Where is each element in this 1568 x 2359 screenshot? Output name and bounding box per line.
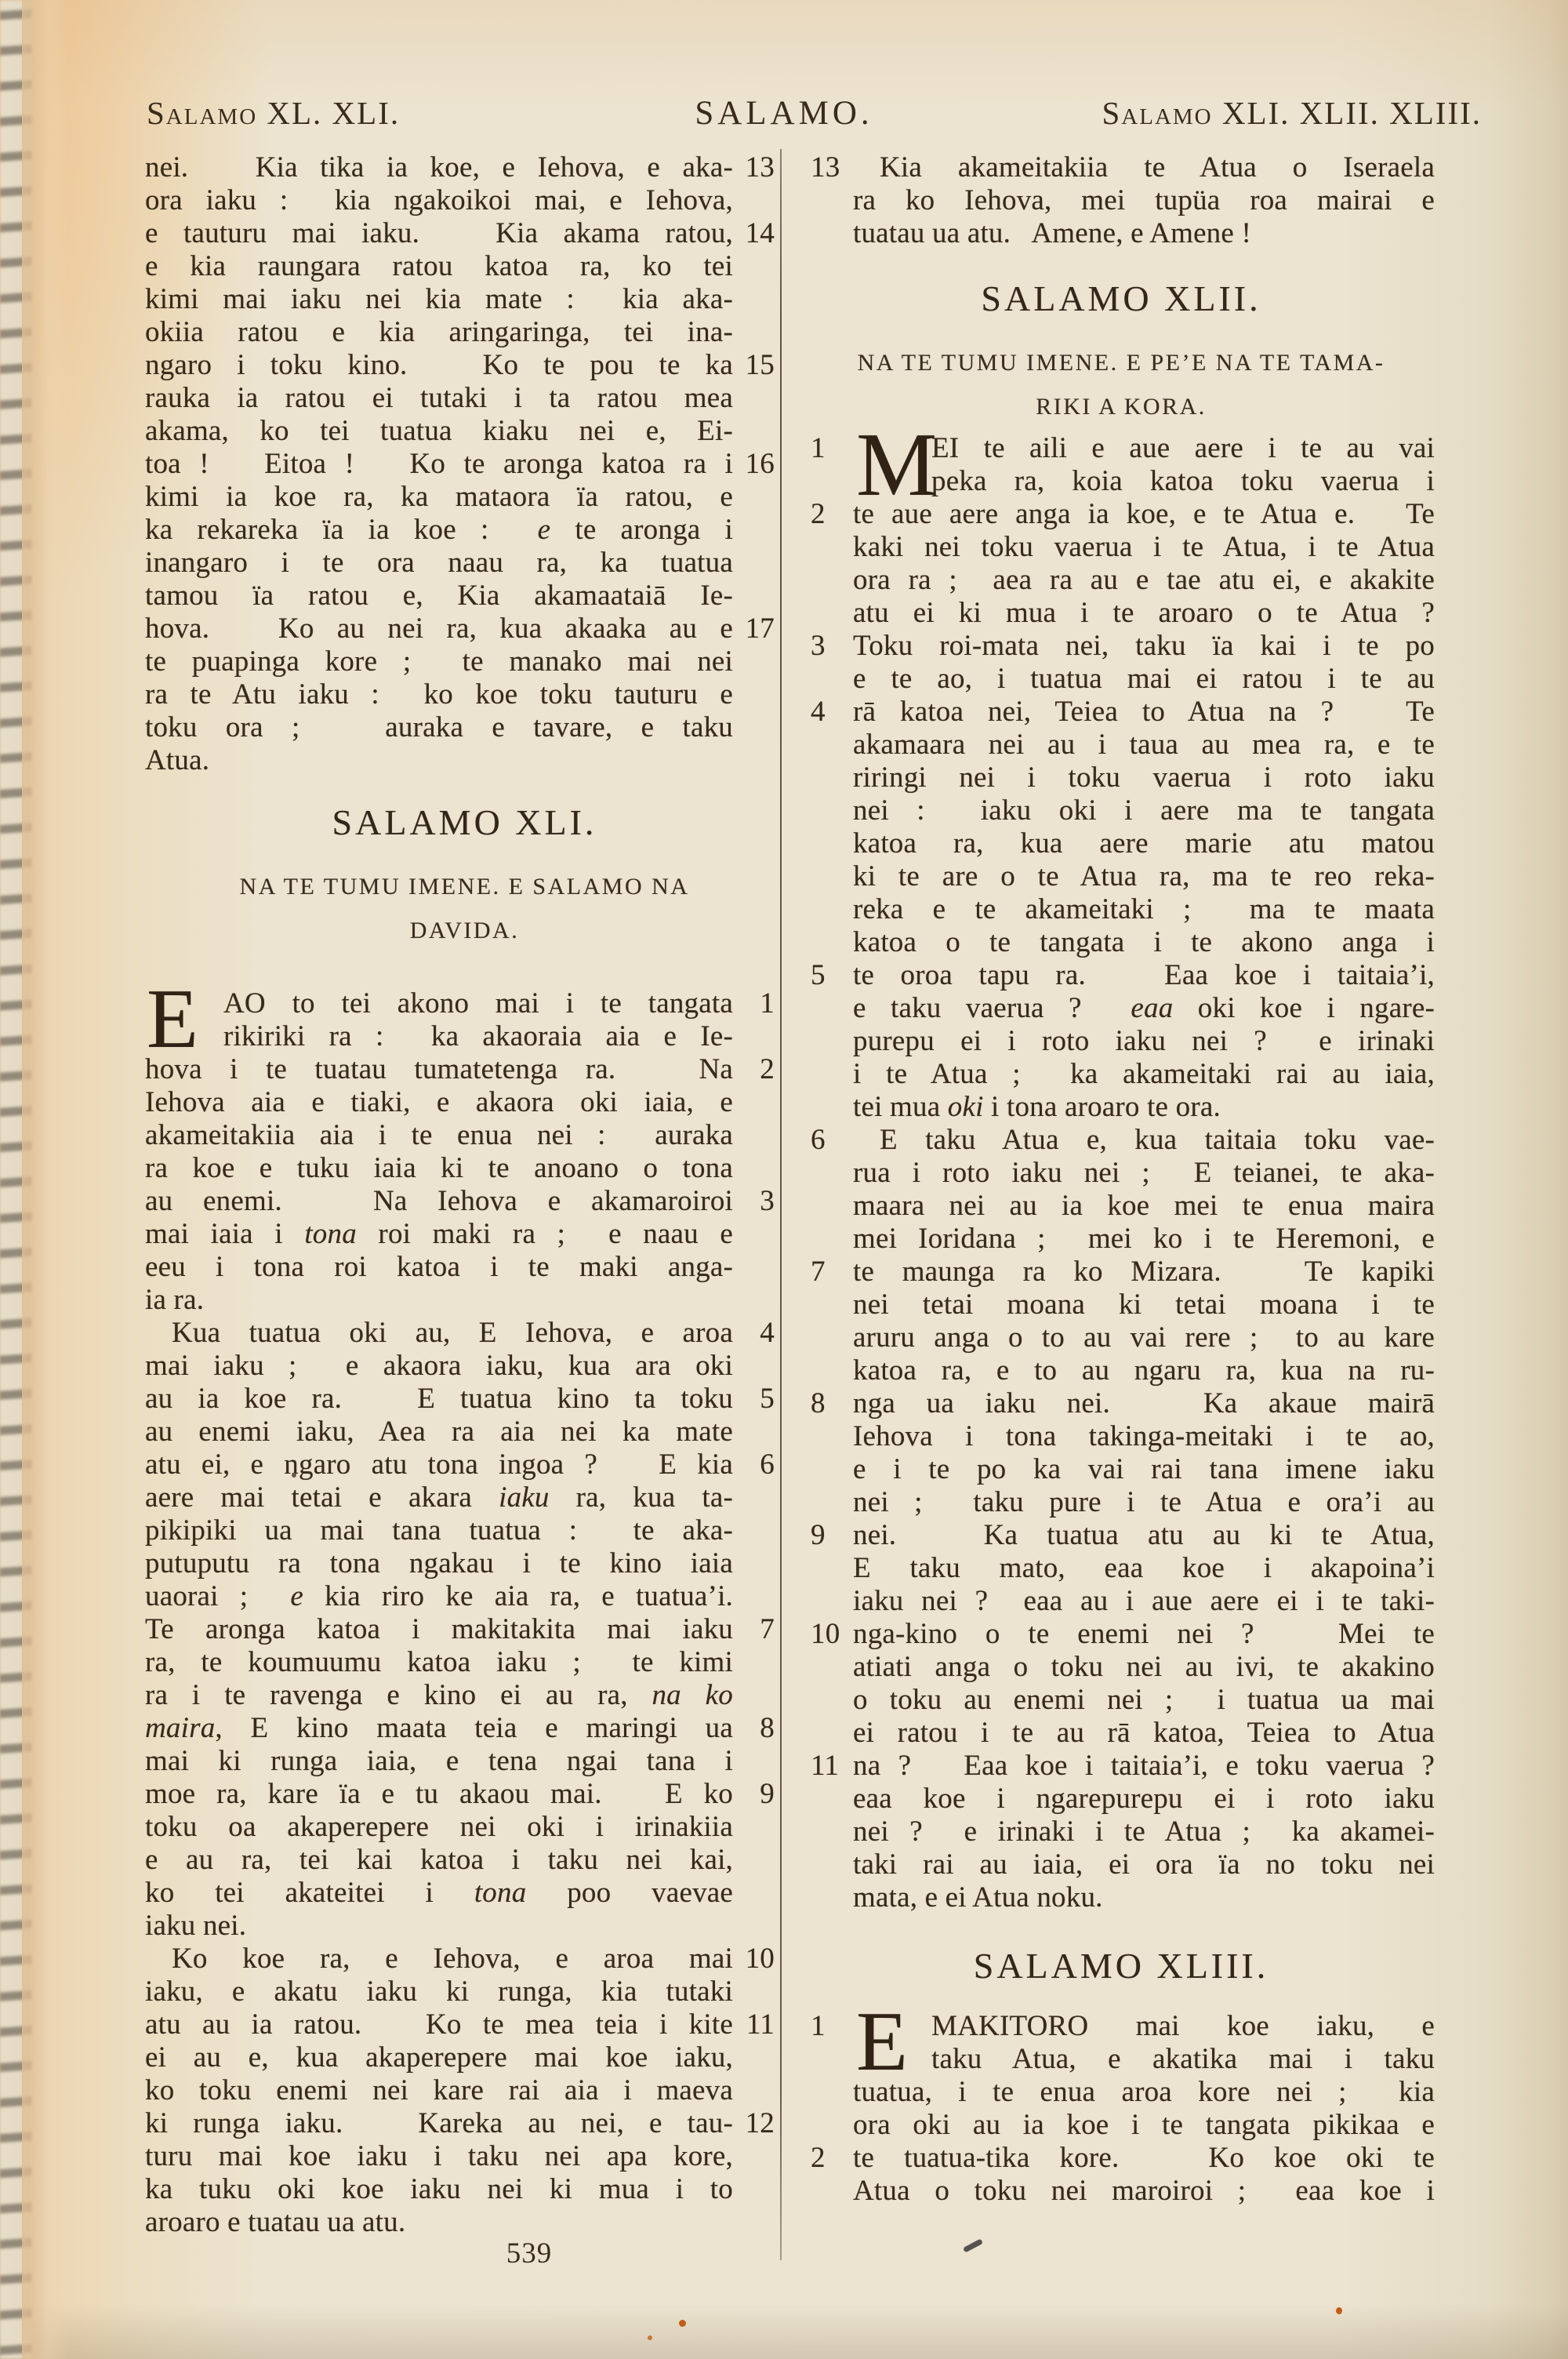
verse-text: ra, te koumuumu katoa iaku ; te kimi: [145, 1646, 733, 1679]
verse-text: mai iaia i tona roi maki ra ; e naau e: [145, 1218, 733, 1251]
verse-number: [733, 415, 784, 448]
verse-text: mei Ioridana ; mei ko i te Heremoni, e: [853, 1223, 1435, 1256]
verse-text: hova i te tuatau tumatetenga ra. Na: [145, 1053, 733, 1086]
verse-text: ka tuku oki koe iaku nei ki mua i to: [145, 2173, 733, 2206]
verse-number: 10: [733, 1943, 784, 1976]
verse-text: inangaro i te ora naau ra, ka tuatua: [145, 547, 733, 580]
psalm-heading: SALAMO XLI.: [145, 802, 784, 843]
verse-number: 14: [733, 217, 784, 250]
verse-text: nei ; taku pure i te Atua e ora’i au: [853, 1486, 1435, 1519]
text-line: hova. Ko au nei ra, kua akaaka au e17: [145, 612, 784, 645]
text-line: mai ki runga iaia, e tena ngai tana i: [145, 1745, 784, 1778]
verse-number: [808, 761, 853, 794]
verse-number: [733, 1514, 784, 1547]
verse-number: [808, 1420, 853, 1453]
psalm-subheading: NA TE TUMU IMENE. E SALAMO NADAVIDA.: [145, 865, 784, 953]
verse-text: ei ratou i te au rā katoa, Teiea to Atua: [853, 1717, 1435, 1750]
psalm-body: EAO to tei akono mai i te tangata1rikiri…: [145, 987, 784, 2239]
verse-number: [733, 1350, 784, 1383]
verse-text: uaorai ; e kia riro ke aia ra, e tuatua’…: [145, 1580, 733, 1613]
psalm-body: M1EI te aili e aue aere i te au vaipeka …: [808, 432, 1435, 1914]
verse-number: [733, 1152, 784, 1185]
verse-text: turu mai koe iaku i taku nei apa kore,: [145, 2140, 733, 2173]
verse-text: Toku roi-mata nei, taku ïa kai i te po: [853, 630, 1435, 663]
verse-text: e tauturu mai iaku. Kia akama ratou,: [145, 217, 733, 250]
text-line: Iehova aia e tiaki, e akaora oki iaia, e: [145, 1086, 784, 1119]
verse-number: [808, 729, 853, 761]
running-head-right: Salamo XLI. XLII. XLIII.: [862, 94, 1482, 132]
text-line: nei : iaku oki i aere ma te tangata: [808, 794, 1435, 827]
verse-text: ka rekareka ïa ia koe : e te aronga i: [145, 514, 733, 547]
verse-number: [733, 2140, 784, 2173]
page-number: 539: [235, 2237, 823, 2270]
text-line: ra koe e tuku iaia ki te anoano o tona: [145, 1152, 784, 1185]
text-line: mai iaku ; e akaora iaku, kua ara oki: [145, 1350, 784, 1383]
verse-text: akama, ko tei tuatua kiaku nei e, Ei-: [145, 415, 733, 448]
verse-number: 2: [733, 1053, 784, 1086]
verse-number: [808, 2076, 853, 2109]
verse-number: [733, 1416, 784, 1448]
verse-text: aroaro e tuatau ua atu.: [145, 2206, 733, 2239]
verse-text: reka e te akameitaki ; ma te maata: [853, 893, 1435, 926]
text-line: 11na ? Eaa koe i taitaia’i, e toku vaeru…: [808, 1750, 1435, 1783]
psalm-subheading-line: NA TE TUMU IMENE. E PE’E NA TE TAMA-: [808, 341, 1435, 385]
verse-text: ei au e, kua akaperepere mai koe iaku,: [145, 2041, 733, 2074]
verse-number: [808, 184, 853, 217]
text-line: au ia koe ra. E tuatua kino ta toku5: [145, 1383, 784, 1416]
text-line: ko tei akateitei i tona poo vaevae: [145, 1877, 784, 1910]
text-line: eaa koe i ngarepurepu ei i roto iaku: [808, 1783, 1435, 1816]
text-line: ei ratou i te au rā katoa, Teiea to Atua: [808, 1717, 1435, 1750]
verse-text: maira, E kino maata teia e maringi ua: [145, 1712, 733, 1745]
verse-text: AO to tei akono mai i te tangata: [145, 987, 733, 1020]
verse-text: moe ra, kare ïa e tu akaou mai. E ko: [145, 1778, 733, 1811]
text-line: atu ei ki mua i te aroaro o te Atua ?: [808, 597, 1435, 630]
text-line: ora ra ; aea ra au e tae atu ei, e akaki…: [808, 564, 1435, 597]
verse-number: [808, 1684, 853, 1717]
text-line: ora iaku : kia ngakoikoi mai, e Iehova,: [145, 184, 784, 217]
verse-text: e i te po ka vai rai tana imene iaku: [853, 1453, 1435, 1486]
verse-number: [733, 316, 784, 349]
psalm-subheading-line: NA TE TUMU IMENE. E SALAMO NA: [145, 865, 784, 909]
verse-text: toa ! Eitoa ! Ko te aronga katoa ra i: [145, 448, 733, 481]
text-line: mai iaia i tona roi maki ra ; e naau e: [145, 1218, 784, 1251]
text-line: toa ! Eitoa ! Ko te aronga katoa ra i16: [145, 448, 784, 481]
verse-number: [808, 992, 853, 1025]
verse-number: [808, 893, 853, 926]
text-line: turu mai koe iaku i taku nei apa kore,: [145, 2140, 784, 2173]
verse-number: [733, 645, 784, 678]
text-line: au enemi. Na Iehova e akamaroiroi3: [145, 1185, 784, 1218]
verse-number: 2: [808, 498, 853, 531]
text-line: E taku mato, eaa koe i akapoina’i: [808, 1552, 1435, 1585]
verse-number: [808, 1190, 853, 1223]
verse-number: 15: [733, 349, 784, 382]
verse-text: nei : iaku oki i aere ma te tangata: [853, 794, 1435, 827]
verse-number: [733, 2074, 784, 2107]
verse-number: [808, 1157, 853, 1190]
verse-number: [733, 1020, 784, 1053]
verse-number: [733, 514, 784, 547]
verse-text: ko tei akateitei i tona poo vaevae: [145, 1877, 733, 1910]
verse-number: [733, 1646, 784, 1679]
verse-text: taku Atua, e akatika mai i taku: [853, 2043, 1435, 2076]
verse-number: [808, 1881, 853, 1914]
verse-text: ora oki au ia koe i te tangata pikikaa e: [853, 2109, 1435, 2142]
verse-number: [733, 1284, 784, 1317]
text-line: kaki nei toku vaerua i te Atua, i te Atu…: [808, 531, 1435, 564]
verse-text: Atua o toku nei maroiroi ; eaa koe i: [853, 2175, 1435, 2208]
text-line: e taku vaerua ? eaa oki koe i ngare-: [808, 992, 1435, 1025]
verse-text: toku ora ; auraka e tavare, e taku: [145, 711, 733, 744]
drop-cap: E: [147, 984, 198, 1055]
text-line: iaku, e akatu iaku ki runga, kia tutaki: [145, 1976, 784, 2008]
verse-number: [733, 580, 784, 612]
verse-text: Iehova i tona takinga-meitaki i te ao,: [853, 1420, 1435, 1453]
verse-number: [733, 1910, 784, 1943]
text-line: e kia raungara ratou katoa ra, ko tei: [145, 250, 784, 283]
text-line: ei au e, kua akaperepere mai koe iaku,: [145, 2041, 784, 2074]
verse-text: ngaro i toku kino. Ko te pou te ka: [145, 349, 733, 382]
verse-text: eeu i tona roi katoa i te maki anga-: [145, 1251, 733, 1284]
verse-number: 5: [733, 1383, 784, 1416]
right-column: 13Kia akameitakiia te Atua o Iseraelara …: [808, 151, 1435, 2208]
verse-number: [733, 547, 784, 580]
text-line: 6E taku Atua e, kua taitaia toku vae-: [808, 1124, 1435, 1157]
text-line: atu au ia ratou. Ko te mea teia i kite11: [145, 2008, 784, 2041]
text-line: mata, e ei Atua noku.: [808, 1881, 1435, 1914]
verse-text: Kua tuatua oki au, E Iehova, e aroa: [145, 1317, 733, 1350]
verse-text: iaku nei.: [145, 1910, 733, 1943]
text-line: hova i te tuatau tumatetenga ra. Na2: [145, 1053, 784, 1086]
text-line: e te ao, i tuatua mai ei ratou i te au: [808, 663, 1435, 696]
text-line: 3Toku roi-mata nei, taku ïa kai i te po: [808, 630, 1435, 663]
text-line: ra ko Iehova, mei tupüa roa mairai e: [808, 184, 1435, 217]
text-line: tei mua oki i tona aroaro te ora.: [808, 1091, 1435, 1124]
verse-text: katoa ra, kua aere marie atu matou: [853, 827, 1435, 860]
text-line: uaorai ; e kia riro ke aia ra, e tuatua’…: [145, 1580, 784, 1613]
verse-text: atu ei ki mua i te aroaro o te Atua ?: [853, 597, 1435, 630]
text-line: 8nga ua iaku nei. Ka akaue mairā: [808, 1387, 1435, 1420]
verse-text: E taku Atua e, kua taitaia toku vae-: [853, 1124, 1435, 1157]
drop-cap: M: [856, 429, 937, 501]
verse-text: e au ra, tei kai katoa i taku nei kai,: [145, 1844, 733, 1877]
psalm-heading: SALAMO XLIII.: [808, 1946, 1435, 1986]
verse-number: [808, 217, 853, 250]
verse-text: Iehova aia e tiaki, e akaora oki iaia, e: [145, 1086, 733, 1119]
verse-text: e kia raungara ratou katoa ra, ko tei: [145, 250, 733, 283]
text-line: Atua.: [145, 744, 784, 777]
verse-number: [733, 2173, 784, 2206]
verse-text: te maunga ra ko Mizara. Te kapiki: [853, 1256, 1435, 1289]
text-line: ki te are o te Atua ra, ma te reo reka-: [808, 860, 1435, 893]
verse-number: [808, 1651, 853, 1684]
verse-number: 8: [733, 1712, 784, 1745]
verse-text: taki rai au iaia, ei ora ïa no toku nei: [853, 1848, 1435, 1881]
verse-text: purepu ei i roto iaku nei ? e irinaki: [853, 1025, 1435, 1058]
verse-number: 1: [808, 432, 853, 465]
text-line: Kua tuatua oki au, E Iehova, e aroa4: [145, 1317, 784, 1350]
verse-text: rauka ia ratou ei tutaki i ta ratou mea: [145, 382, 733, 415]
verse-text: ra te Atu iaku : ko koe toku tauturu e: [145, 678, 733, 711]
verse-text: mai ki runga iaia, e tena ngai tana i: [145, 1745, 733, 1778]
text-line: atu ei, e ngaro atu tona ingoa ? E kia6: [145, 1448, 784, 1481]
verse-number: [808, 2109, 853, 2142]
verse-number: [808, 1091, 853, 1124]
text-line: toku oa akaperepere nei oki i irinakiia: [145, 1811, 784, 1844]
text-line: ngaro i toku kino. Ko te pou te ka15: [145, 349, 784, 382]
verse-text: atiati anga o toku nei au ivi, te akakin…: [853, 1651, 1435, 1684]
text-line: e tauturu mai iaku. Kia akama ratou,14: [145, 217, 784, 250]
verse-number: [808, 860, 853, 893]
verse-text: au ia koe ra. E tuatua kino ta toku: [145, 1383, 733, 1416]
text-line: riringi nei i toku vaerua i roto iaku: [808, 761, 1435, 794]
text-line: iaku nei.: [145, 1910, 784, 1943]
verse-number: [808, 663, 853, 696]
verse-number: 11: [808, 1750, 853, 1783]
verse-number: [808, 1289, 853, 1321]
verse-number: [733, 184, 784, 217]
verse-text: ia ra.: [145, 1284, 733, 1317]
verse-number: 12: [733, 2107, 784, 2140]
text-line: rua i roto iaku nei ; E teianei, te aka-: [808, 1157, 1435, 1190]
verse-number: [733, 2206, 784, 2239]
verse-number: [733, 382, 784, 415]
verse-text: na ? Eaa koe i taitaia’i, e toku vaerua …: [853, 1750, 1435, 1783]
verse-text: ki te are o te Atua ra, ma te reo reka-: [853, 860, 1435, 893]
verse-text: katoa ra, e to au ngaru ra, kua na ru-: [853, 1354, 1435, 1387]
verse-text: nei. Kia tika ia koe, e Iehova, e aka-: [145, 151, 733, 184]
verse-number: 7: [733, 1613, 784, 1646]
verse-text: mai iaku ; e akaora iaku, kua ara oki: [145, 1350, 733, 1383]
verse-number: [808, 1453, 853, 1486]
text-line: mei Ioridana ; mei ko i te Heremoni, e: [808, 1223, 1435, 1256]
text-line: au enemi iaku, Aea ra aia nei ka mate: [145, 1416, 784, 1448]
paper-speck: [292, 1473, 296, 1478]
verse-number: [808, 1585, 853, 1618]
text-line: 7te maunga ra ko Mizara. Te kapiki: [808, 1256, 1435, 1289]
verse-number: [808, 1486, 853, 1519]
verse-number: [733, 711, 784, 744]
verse-number: 3: [808, 630, 853, 663]
text-line: putuputu ra tona ngakau i te kino iaia: [145, 1547, 784, 1580]
text-line: ko toku enemi nei kare rai aia i maeva: [145, 2074, 784, 2107]
text-line: 13Kia akameitakiia te Atua o Iseraela: [808, 151, 1435, 184]
verse-number: [733, 283, 784, 316]
psalm-subheading-line: DAVIDA.: [145, 909, 784, 953]
text-line: kimi ia koe ra, ka mataora ïa ratou, e: [145, 481, 784, 514]
verse-text: nei. Ka tuatua atu au ki te Atua,: [853, 1519, 1435, 1552]
verse-text: kimi ia koe ra, ka mataora ïa ratou, e: [145, 481, 733, 514]
text-line: o toku au enemi nei ; i tuatua ua mai: [808, 1684, 1435, 1717]
verse-text: katoa o te tangata i te akono anga i: [853, 926, 1435, 959]
text-line: ia ra.: [145, 1284, 784, 1317]
verse-text: Ko koe ra, e Iehova, e aroa mai: [145, 1943, 733, 1976]
verse-text: atu au ia ratou. Ko te mea teia i kite: [145, 2008, 733, 2041]
text-line: ra te Atu iaku : ko koe toku tauturu e: [145, 678, 784, 711]
text-line: tuatau ua atu. Amene, e Amene !: [808, 217, 1435, 250]
verse-number: 9: [733, 1778, 784, 1811]
verse-number: 9: [808, 1519, 853, 1552]
verse-text: nei tetai moana ki tetai moana i te: [853, 1289, 1435, 1321]
verse-text: ra koe e tuku iaia ki te anoano o tona: [145, 1152, 733, 1185]
verse-number: [733, 250, 784, 283]
verse-number: 8: [808, 1387, 853, 1420]
paper-speck: [679, 2320, 686, 2327]
text-line: taki rai au iaia, ei ora ïa no toku nei: [808, 1848, 1435, 1881]
verse-number: [733, 1745, 784, 1778]
verse-number: 5: [808, 959, 853, 992]
verse-text: MAKITORO mai koe iaku, e: [853, 2010, 1435, 2043]
verse-number: [733, 2041, 784, 2074]
scanned-book-page: { "page": { "number": "539", "headers": …: [0, 0, 1568, 2359]
verse-text: tamou ïa ratou e, Kia akamaataiā Ie-: [145, 580, 733, 612]
text-line: nei ; taku pure i te Atua e ora’i au: [808, 1486, 1435, 1519]
verse-number: [733, 1580, 784, 1613]
running-head-left: Salamo XL. XLI.: [147, 94, 400, 132]
verse-number: [733, 1547, 784, 1580]
verse-text: rā katoa nei, Teiea to Atua na ? Te: [853, 696, 1435, 729]
verse-text: akamaara nei au i taua au mea ra, e te: [853, 729, 1435, 761]
text-line: 9nei. Ka tuatua atu au ki te Atua,: [808, 1519, 1435, 1552]
verse-number: [808, 1552, 853, 1585]
text-line: toku ora ; auraka e tavare, e taku: [145, 711, 784, 744]
verse-number: [808, 1354, 853, 1387]
verse-number: [808, 1783, 853, 1816]
text-line: e i te po ka vai rai tana imene iaku: [808, 1453, 1435, 1486]
verse-number: [808, 531, 853, 564]
verse-text: ra ko Iehova, mei tupüa roa mairai e: [853, 184, 1435, 217]
verse-number: [808, 827, 853, 860]
verse-text: au enemi. Na Iehova e akamaroiroi: [145, 1185, 733, 1218]
verse-text: peka ra, koia katoa toku vaerua i: [853, 465, 1435, 498]
verse-number: 2: [808, 2142, 853, 2175]
verse-number: 4: [808, 696, 853, 729]
verse-number: [808, 1058, 853, 1091]
psalm-heading: SALAMO XLII.: [808, 278, 1435, 319]
verse-text: te puapinga kore ; te manako mai nei: [145, 645, 733, 678]
verse-number: [808, 794, 853, 827]
text-line: ki runga iaku. Kareka au nei, e tau-12: [145, 2107, 784, 2140]
verse-text: tei mua oki i tona aroaro te ora.: [853, 1091, 1435, 1124]
verse-number: [733, 1218, 784, 1251]
verse-text: rikiriki ra : ka akaoraia aia e Ie-: [145, 1020, 733, 1053]
verse-text: tuatau ua atu. Amene, e Amene !: [853, 217, 1435, 250]
verse-number: 7: [808, 1256, 853, 1289]
text-line: ra, te koumuumu katoa iaku ; te kimi: [145, 1646, 784, 1679]
verse-text: iaku nei ? eaa au i aue aere ei i te tak…: [853, 1585, 1435, 1618]
verse-number: [808, 2175, 853, 2208]
verse-text: e te ao, i tuatua mai ei ratou i te au: [853, 663, 1435, 696]
text-line: inangaro i te ora naau ra, ka tuatua: [145, 547, 784, 580]
verse-number: [808, 597, 853, 630]
text-line: AO to tei akono mai i te tangata1: [145, 987, 784, 1020]
text-line: Ko koe ra, e Iehova, e aroa mai10: [145, 1943, 784, 1976]
verse-number: [733, 678, 784, 711]
verse-text: ko toku enemi nei kare rai aia i maeva: [145, 2074, 733, 2107]
verse-text: toku oa akaperepere nei oki i irinakiia: [145, 1811, 733, 1844]
text-line: Te aronga katoa i makitakita mai iaku7: [145, 1613, 784, 1646]
verse-text: atu ei, e ngaro atu tona ingoa ? E kia: [145, 1448, 733, 1481]
verse-text: aere mai tetai e akara iaku ra, kua ta-: [145, 1481, 733, 1514]
verse-text: ora ra ; aea ra au e tae atu ei, e akaki…: [853, 564, 1435, 597]
verse-text: eaa koe i ngarepurepu ei i roto iaku: [853, 1783, 1435, 1816]
text-line: aere mai tetai e akara iaku ra, kua ta-: [145, 1481, 784, 1514]
text-line: nei ? e irinaki i te Atua ; ka akamei-: [808, 1816, 1435, 1848]
verse-text: kimi mai iaku nei kia mate : kia aka-: [145, 283, 733, 316]
verse-number: 3: [733, 1185, 784, 1218]
verse-number: 1: [808, 2010, 853, 2043]
verse-number: [733, 1086, 784, 1119]
verse-text: iaku, e akatu iaku ki runga, kia tutaki: [145, 1976, 733, 2008]
text-line: maira, E kino maata teia e maringi ua8: [145, 1712, 784, 1745]
verse-number: [808, 1223, 853, 1256]
verse-text: riringi nei i toku vaerua i roto iaku: [853, 761, 1435, 794]
verse-number: [733, 1119, 784, 1152]
text-line: 10nga-kino o te enemi nei ? Mei te: [808, 1618, 1435, 1651]
verse-text: putuputu ra tona ngakau i te kino iaia: [145, 1547, 733, 1580]
verse-number: [733, 1481, 784, 1514]
text-line: te puapinga kore ; te manako mai nei: [145, 645, 784, 678]
verse-number: [808, 2043, 853, 2076]
verse-text: mata, e ei Atua noku.: [853, 1881, 1435, 1914]
text-line: rauka ia ratou ei tutaki i ta ratou mea: [145, 382, 784, 415]
verse-number: 11: [733, 2008, 784, 2041]
verse-text: ra i te ravenga e kino ei au ra, na ko: [145, 1679, 733, 1712]
text-line: i te Atua ; ka akameitaki rai au iaia,: [808, 1058, 1435, 1091]
text-line: akamaara nei au i taua au mea ra, e te: [808, 729, 1435, 761]
verse-number: 10: [808, 1618, 853, 1651]
text-line: tamou ïa ratou e, Kia akamaataiā Ie-: [145, 580, 784, 612]
verse-text: ora iaku : kia ngakoikoi mai, e Iehova,: [145, 184, 733, 217]
verse-text: Atua.: [145, 744, 733, 777]
paper-speck: [1336, 2307, 1342, 2314]
text-line: akama, ko tei tuatua kiaku nei e, Ei-: [145, 415, 784, 448]
verse-text: rua i roto iaku nei ; E teianei, te aka-: [853, 1157, 1435, 1190]
gutter-shadow: [22, 0, 69, 2359]
verse-number: [733, 744, 784, 777]
verse-number: [808, 1816, 853, 1848]
text-line: ka tuku oki koe iaku nei ki mua i to: [145, 2173, 784, 2206]
text-line: kimi mai iaku nei kia mate : kia aka-: [145, 283, 784, 316]
verse-text: hova. Ko au nei ra, kua akaaka au e: [145, 612, 733, 645]
verse-number: [733, 1976, 784, 2008]
text-line: rikiriki ra : ka akaoraia aia e Ie-: [145, 1020, 784, 1053]
verse-number: [808, 564, 853, 597]
verse-text: e taku vaerua ? eaa oki koe i ngare-: [853, 992, 1435, 1025]
text-line: 5te oroa tapu ra. Eaa koe i taitaia’i,: [808, 959, 1435, 992]
verse-text: o toku au enemi nei ; i tuatua ua mai: [853, 1684, 1435, 1717]
text-line: iaku nei ? eaa au i aue aere ei i te tak…: [808, 1585, 1435, 1618]
text-line: akameitakiia aia i te enua nei : auraka: [145, 1119, 784, 1152]
verse-number: [733, 1877, 784, 1910]
verse-number: [808, 1321, 853, 1354]
text-line: okiia ratou e kia aringaringa, tei ina-: [145, 316, 784, 349]
verse-text: nga-kino o te enemi nei ? Mei te: [853, 1618, 1435, 1651]
text-line: moe ra, kare ïa e tu akaou mai. E ko9: [145, 1778, 784, 1811]
verse-number: 6: [808, 1124, 853, 1157]
verse-number: [808, 465, 853, 498]
verse-number: [808, 1848, 853, 1881]
text-line: atiati anga o toku nei au ivi, te akakin…: [808, 1651, 1435, 1684]
verse-text: i te Atua ; ka akameitaki rai au iaia,: [853, 1058, 1435, 1091]
text-line: nei tetai moana ki tetai moana i te: [808, 1289, 1435, 1321]
verse-text: Kia akameitakiia te Atua o Iseraela: [853, 151, 1435, 184]
verse-number: 6: [733, 1448, 784, 1481]
text-line: ka rekareka ïa ia koe : e te aronga i: [145, 514, 784, 547]
psalm-body: E1MAKITORO mai koe iaku, etaku Atua, e a…: [808, 2010, 1435, 2208]
verse-number: [733, 481, 784, 514]
